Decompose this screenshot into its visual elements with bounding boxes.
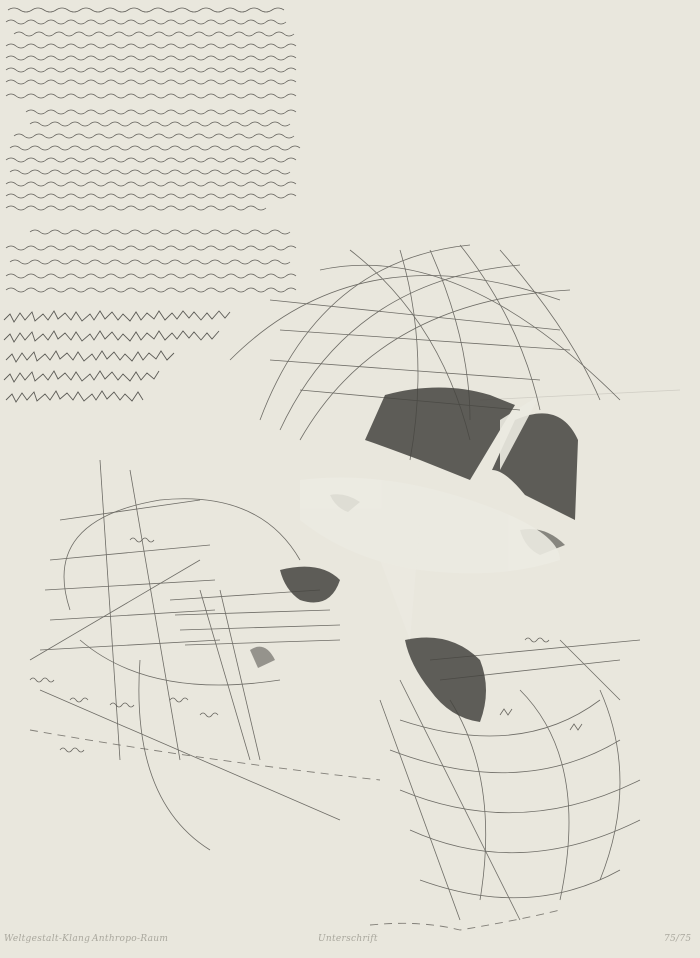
pencil-subtitle-inscription: Anthropo-Raum	[92, 934, 168, 944]
edition-number: 75/75	[664, 934, 691, 944]
etched-drawing	[0, 0, 700, 958]
artist-signature: Unterschrift	[318, 934, 378, 944]
dark-mass-upper	[365, 388, 515, 481]
paper-sheet: Weltgestalt-Klang Anthropo-Raum Untersch…	[0, 0, 700, 958]
pencil-title-inscription: Weltgestalt-Klang	[4, 934, 90, 944]
dark-mass-left	[280, 567, 340, 603]
